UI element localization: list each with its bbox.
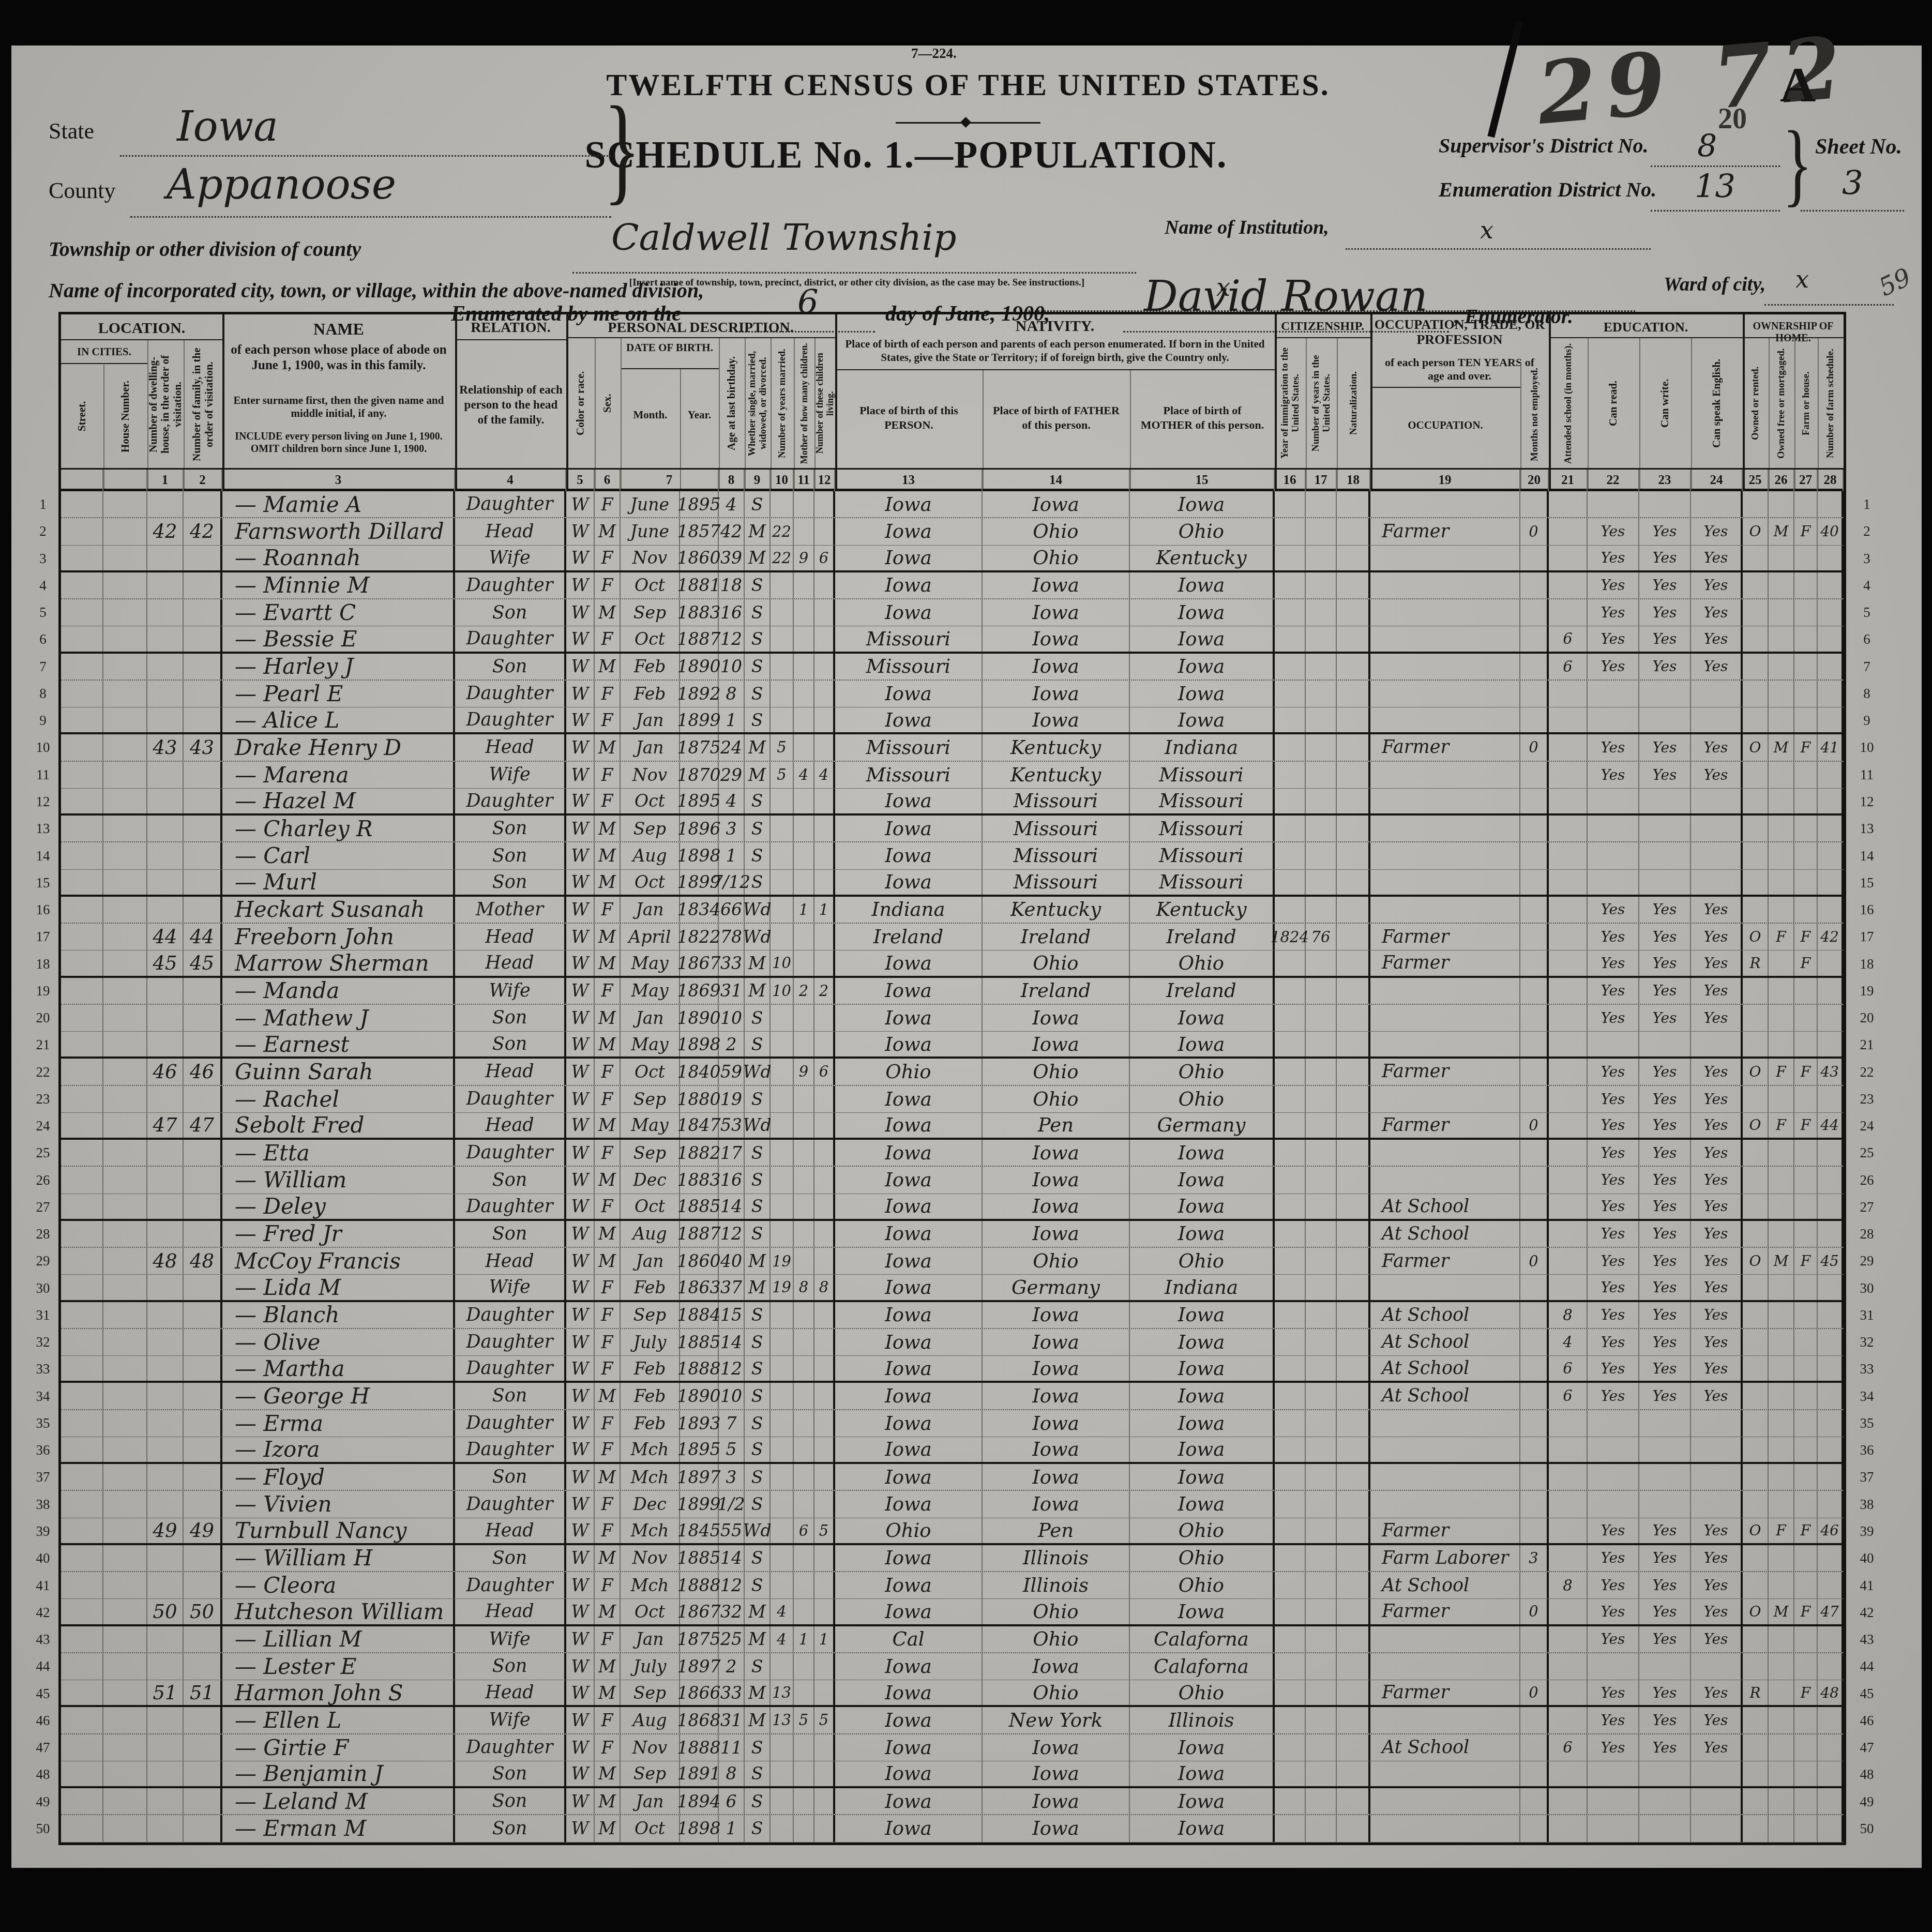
- table-cell: [1370, 789, 1520, 813]
- table-cell: [1794, 1572, 1818, 1598]
- line-number: 30: [30, 1280, 56, 1296]
- table-cell: [1520, 1464, 1549, 1490]
- table-cell: [1769, 491, 1794, 517]
- table-cell: [1743, 1734, 1769, 1761]
- table-cell: [814, 1734, 835, 1761]
- table-cell: Yes: [1691, 734, 1743, 760]
- table-cell: [1306, 1086, 1337, 1112]
- table-cell: [147, 842, 184, 869]
- table-cell: — Girtie F: [222, 1734, 455, 1761]
- table-cell: F: [595, 897, 621, 923]
- table-cell: — Etta: [222, 1140, 455, 1166]
- table-cell: M: [595, 816, 621, 841]
- table-cell: [147, 1491, 184, 1517]
- table-cell: [1520, 707, 1549, 732]
- table-cell: [794, 654, 814, 680]
- table-cell: Yes: [1639, 734, 1691, 760]
- table-cell: [771, 1815, 794, 1842]
- table-cell: — Marena: [222, 762, 455, 788]
- table-cell: F: [1794, 950, 1818, 975]
- line-number: 11: [30, 767, 56, 783]
- table-cell: [794, 1005, 814, 1031]
- table-cell: M: [595, 1464, 621, 1490]
- state-line: [120, 155, 611, 157]
- table-cell: [1337, 1707, 1370, 1733]
- table-cell: [1337, 1599, 1370, 1624]
- table-cell: [1337, 1680, 1370, 1705]
- table-cell: 1887: [680, 1221, 719, 1247]
- table-cell: [1275, 681, 1306, 707]
- table-cell: [1520, 491, 1549, 517]
- table-cell: [1370, 870, 1520, 895]
- table-cell: M: [595, 654, 621, 680]
- table-cell: Iowa: [983, 1761, 1130, 1786]
- table-cell: — William: [222, 1167, 455, 1193]
- table-cell: 49: [184, 1518, 222, 1543]
- table-cell: 4: [719, 789, 745, 813]
- hdr-sep: [1370, 314, 1372, 491]
- table-cell: [1337, 1032, 1370, 1056]
- table-cell: [794, 1113, 814, 1138]
- table-cell: [1306, 1491, 1337, 1517]
- table-cell: [1794, 870, 1818, 895]
- table-cell: [1520, 1410, 1549, 1437]
- table-row: 4848McCoy FrancisHeadWMJan186040M19IowaO…: [61, 1248, 1844, 1275]
- line-number: 47: [1854, 1740, 1880, 1756]
- institution-label: Name of Institution,: [1165, 216, 1329, 239]
- table-cell: [1794, 1464, 1818, 1490]
- table-row: — Ellen LWifeWFAug186831M1355IowaNew Yor…: [61, 1707, 1844, 1734]
- line-number: 39: [30, 1523, 56, 1539]
- column-number: 7: [621, 470, 719, 491]
- table-cell: [1818, 1572, 1844, 1598]
- table-cell: Yes: [1691, 1167, 1743, 1193]
- table-cell: F: [595, 1194, 621, 1219]
- table-cell: [771, 1734, 794, 1761]
- column-number: 11: [794, 470, 814, 491]
- table-cell: Yes: [1639, 1140, 1691, 1166]
- table-cell: Iowa: [1130, 1032, 1275, 1056]
- table-cell: [61, 1680, 103, 1705]
- table-cell: [184, 1626, 222, 1652]
- table-cell: [1275, 842, 1306, 869]
- table-cell: 12: [719, 1356, 745, 1381]
- table-cell: [1818, 897, 1844, 923]
- table-cell: [61, 816, 103, 841]
- table-cell: W: [566, 1410, 595, 1437]
- table-cell: Yes: [1691, 1545, 1743, 1571]
- table-cell: [814, 599, 835, 626]
- table-cell: [1588, 1761, 1639, 1786]
- table-cell: 45: [1818, 1248, 1844, 1274]
- table-cell: Ohio: [1130, 1572, 1275, 1598]
- table-cell: [1306, 1005, 1337, 1031]
- table-cell: Aug: [621, 1707, 680, 1733]
- table-cell: [1370, 1707, 1520, 1733]
- table-cell: [1549, 1815, 1588, 1842]
- table-cell: [1769, 1086, 1794, 1112]
- table-cell: [1769, 1626, 1794, 1652]
- mother-children-col-label: Mother of how many children.: [794, 340, 814, 466]
- table-cell: [1275, 1626, 1306, 1652]
- table-cell: Head: [455, 924, 566, 950]
- section-nativity: NATIVITY.: [835, 318, 1275, 335]
- line-number: 24: [1854, 1118, 1880, 1134]
- table-cell: 6: [719, 1788, 745, 1814]
- table-cell: Wife: [455, 1626, 566, 1652]
- table-cell: Yes: [1588, 626, 1639, 651]
- table-cell: [1639, 870, 1691, 895]
- state-label: State: [49, 118, 94, 144]
- table-cell: [1639, 1464, 1691, 1490]
- hdr-sep: [1275, 314, 1277, 491]
- name-desc2: Enter surname first, then the given name…: [230, 394, 447, 420]
- table-cell: 51: [147, 1680, 184, 1705]
- table-cell: Iowa: [835, 1653, 983, 1680]
- table-cell: [61, 1356, 103, 1381]
- table-cell: [771, 599, 794, 626]
- table-cell: [1818, 1032, 1844, 1056]
- column-number: 17: [1306, 470, 1337, 491]
- table-cell: Yes: [1639, 626, 1691, 651]
- table-cell: [771, 816, 794, 841]
- table-cell: 1895: [680, 1437, 719, 1462]
- line-number: 41: [30, 1578, 56, 1594]
- table-cell: 1890: [680, 1005, 719, 1031]
- table-cell: 1863: [680, 1275, 719, 1300]
- table-cell: 1883: [680, 599, 719, 626]
- table-cell: [1520, 1761, 1549, 1786]
- table-row: — Pearl EDaughterWFFeb18928SIowaIowaIowa: [61, 681, 1844, 707]
- table-cell: Yes: [1691, 1140, 1743, 1166]
- table-cell: M: [595, 518, 621, 545]
- table-cell: 48: [147, 1248, 184, 1274]
- table-cell: [771, 626, 794, 651]
- table-cell: Farmer: [1370, 1518, 1520, 1543]
- table-cell: [1794, 816, 1818, 841]
- table-cell: [1691, 789, 1743, 813]
- table-cell: [1306, 1113, 1337, 1138]
- column-number: 24: [1691, 470, 1743, 491]
- table-cell: [1370, 1626, 1520, 1652]
- table-cell: — Benjamin J: [222, 1761, 455, 1786]
- pob-mother-label: Place of birth of MOTHER of this person.: [1138, 403, 1267, 432]
- table-cell: [1549, 572, 1588, 598]
- table-cell: [1818, 1491, 1844, 1517]
- table-cell: M: [1769, 1599, 1794, 1624]
- line-number: 9: [30, 713, 56, 729]
- table-cell: At School: [1370, 1356, 1520, 1381]
- table-cell: 1822: [680, 924, 719, 950]
- table-cell: Ohio: [983, 546, 1130, 570]
- line-number: 4: [1854, 578, 1880, 594]
- table-cell: [1306, 1653, 1337, 1680]
- table-cell: [771, 870, 794, 895]
- table-cell: [1743, 1815, 1769, 1842]
- table-cell: [61, 1410, 103, 1437]
- table-cell: [771, 1167, 794, 1193]
- table-cell: [1306, 762, 1337, 788]
- table-cell: [1743, 1329, 1769, 1355]
- table-cell: S: [745, 1167, 771, 1193]
- table-cell: Yes: [1639, 1113, 1691, 1138]
- table-cell: [103, 816, 147, 841]
- table-cell: [1275, 1599, 1306, 1624]
- table-cell: [814, 1356, 835, 1381]
- table-cell: M: [595, 734, 621, 760]
- table-cell: Yes: [1691, 1599, 1743, 1624]
- table-cell: Yes: [1691, 1248, 1743, 1274]
- table-cell: [1549, 1545, 1588, 1571]
- line-number: 19: [30, 983, 56, 999]
- table-cell: Ohio: [1130, 1518, 1275, 1543]
- table-cell: 1: [719, 1815, 745, 1842]
- table-cell: [814, 1329, 835, 1355]
- table-cell: 1887: [680, 626, 719, 651]
- table-cell: [1337, 1194, 1370, 1219]
- table-cell: [61, 681, 103, 707]
- table-cell: [1549, 1653, 1588, 1680]
- table-cell: [1818, 1275, 1844, 1300]
- table-cell: [1769, 1464, 1794, 1490]
- table-cell: Oct: [621, 1059, 680, 1084]
- table-cell: 42: [184, 518, 222, 545]
- table-row: — Lida MWifeWFFeb186337M1988IowaGermanyI…: [61, 1275, 1844, 1302]
- table-cell: W: [566, 1275, 595, 1300]
- table-row: — Fred JrSonWMAug188712SIowaIowaIowaAt S…: [61, 1221, 1844, 1248]
- years-married-col-label: Number of years married.: [771, 340, 794, 466]
- table-cell: [1818, 1734, 1844, 1761]
- table-cell: [1818, 1545, 1844, 1571]
- table-cell: [1275, 491, 1306, 517]
- table-cell: [1275, 1761, 1306, 1786]
- state-county-brace: }: [603, 81, 641, 219]
- table-cell: [1275, 1545, 1306, 1571]
- table-cell: Head: [455, 1248, 566, 1274]
- table-cell: [1794, 654, 1818, 680]
- dob-title: DATE OF BIRTH.: [621, 341, 719, 354]
- ward-label: Ward of city,: [1664, 273, 1765, 296]
- table-cell: — Rachel: [222, 1086, 455, 1112]
- table-cell: Yes: [1639, 1275, 1691, 1300]
- table-cell: [1769, 1032, 1794, 1056]
- table-cell: Iowa: [1130, 1815, 1275, 1842]
- table-cell: Daughter: [455, 572, 566, 598]
- county-label: County: [49, 177, 116, 204]
- table-cell: W: [566, 1221, 595, 1247]
- table-cell: [814, 1815, 835, 1842]
- table-row: 4242Farnsworth DillardHeadWMJune185742M2…: [61, 518, 1844, 545]
- line-number: 33: [30, 1361, 56, 1377]
- table-cell: [1275, 897, 1306, 923]
- table-cell: [1769, 1356, 1794, 1381]
- table-cell: [771, 1545, 794, 1571]
- table-cell: [794, 707, 814, 732]
- table-cell: [771, 1086, 794, 1112]
- table-cell: Iowa: [835, 1707, 983, 1733]
- column-number: [103, 470, 147, 491]
- table-cell: [184, 978, 222, 1004]
- table-cell: Daughter: [455, 626, 566, 651]
- table-cell: 33: [719, 950, 745, 975]
- table-cell: 4: [794, 762, 814, 788]
- table-cell: M: [1769, 518, 1794, 545]
- table-cell: [1691, 491, 1743, 517]
- table-cell: Yes: [1588, 1329, 1639, 1355]
- table-cell: [1769, 681, 1794, 707]
- table-cell: [61, 1464, 103, 1490]
- line-number: 31: [1854, 1307, 1880, 1323]
- table-cell: Iowa: [1130, 1464, 1275, 1490]
- table-cell: [103, 1491, 147, 1517]
- table-cell: [1794, 1140, 1818, 1166]
- table-cell: [814, 626, 835, 651]
- imm-year-col-label: Year of immigration to the United States…: [1275, 340, 1306, 466]
- table-cell: 1: [719, 707, 745, 732]
- table-cell: [1306, 1356, 1337, 1381]
- table-cell: [1306, 789, 1337, 813]
- table-cell: Dec: [621, 1167, 680, 1193]
- table-cell: O: [1743, 1518, 1769, 1543]
- table-cell: [1306, 1248, 1337, 1274]
- table-cell: [814, 1788, 835, 1814]
- table-cell: Iowa: [983, 1167, 1130, 1193]
- table-cell: [1337, 1653, 1370, 1680]
- column-number: 6: [595, 470, 621, 491]
- table-cell: O: [1743, 1113, 1769, 1138]
- table-cell: [1306, 1545, 1337, 1571]
- line-number: 9: [1854, 713, 1880, 729]
- table-cell: [1769, 1680, 1794, 1705]
- table-cell: 0: [1520, 518, 1549, 545]
- table-cell: [1588, 1437, 1639, 1462]
- table-cell: [184, 1140, 222, 1166]
- section-education: EDUCATION.: [1549, 320, 1743, 335]
- table-cell: — Alice L: [222, 707, 455, 732]
- table-cell: 33: [719, 1680, 745, 1705]
- table-cell: [1818, 1788, 1844, 1814]
- line-number: 5: [30, 605, 56, 621]
- table-cell: [147, 1356, 184, 1381]
- table-cell: W: [566, 1437, 595, 1462]
- table-cell: — Erma: [222, 1410, 455, 1437]
- table-cell: [1639, 816, 1691, 841]
- table-cell: [184, 1032, 222, 1056]
- table-cell: Nov: [621, 1734, 680, 1761]
- table-cell: — Mamie A: [222, 491, 455, 517]
- table-cell: Iowa: [835, 1572, 983, 1598]
- line-number: 28: [1854, 1226, 1880, 1242]
- table-cell: [1306, 1059, 1337, 1084]
- table-cell: [1520, 1707, 1549, 1733]
- table-cell: Yes: [1639, 518, 1691, 545]
- table-cell: Missouri: [835, 626, 983, 651]
- table-cell: S: [745, 1653, 771, 1680]
- table-cell: [1549, 789, 1588, 813]
- table-cell: [147, 1005, 184, 1031]
- table-cell: [1794, 626, 1818, 651]
- table-cell: [1743, 1194, 1769, 1219]
- table-cell: [1769, 1734, 1794, 1761]
- table-cell: F: [595, 1275, 621, 1300]
- table-cell: [1549, 1275, 1588, 1300]
- table-cell: [794, 842, 814, 869]
- table-cell: Son: [455, 1005, 566, 1031]
- table-cell: [794, 1545, 814, 1571]
- table-cell: [1275, 950, 1306, 975]
- table-cell: Iowa: [1130, 1383, 1275, 1409]
- table-cell: F: [1794, 1599, 1818, 1624]
- table-cell: [814, 1680, 835, 1705]
- table-cell: 44: [184, 924, 222, 950]
- line-number: 7: [30, 659, 56, 675]
- table-cell: [1818, 762, 1844, 788]
- table-cell: 5: [814, 1518, 835, 1543]
- table-cell: 1885: [680, 1545, 719, 1571]
- table-cell: [794, 1140, 814, 1166]
- table-cell: [1639, 681, 1691, 707]
- table-cell: S: [745, 870, 771, 895]
- table-cell: Oct: [621, 1599, 680, 1624]
- table-cell: Sep: [621, 1302, 680, 1328]
- table-cell: Ohio: [983, 1626, 1130, 1652]
- table-cell: 1: [814, 897, 835, 923]
- table-cell: Yes: [1588, 599, 1639, 626]
- table-cell: W: [566, 1734, 595, 1761]
- table-cell: [61, 950, 103, 975]
- table-cell: Son: [455, 1815, 566, 1842]
- table-cell: 1866: [680, 1680, 719, 1705]
- table-cell: [771, 1653, 794, 1680]
- table-cell: [1549, 707, 1588, 732]
- table-cell: [794, 626, 814, 651]
- table-cell: McCoy Francis: [222, 1248, 455, 1274]
- table-cell: [184, 1491, 222, 1517]
- table-cell: [1306, 1383, 1337, 1409]
- table-cell: Head: [455, 734, 566, 760]
- table-row: — Evartt CSonWMSep188316SIowaIowaIowaYes…: [61, 599, 1844, 626]
- table-cell: [1639, 1788, 1691, 1814]
- table-cell: S: [745, 1005, 771, 1031]
- table-cell: 1868: [680, 1707, 719, 1733]
- table-cell: Iowa: [1130, 1221, 1275, 1247]
- column-number: 25: [1743, 470, 1769, 491]
- census-scan-page: 7—224. TWELFTH CENSUS OF THE UNITED STAT…: [0, 0, 1932, 1932]
- line-number: 42: [1854, 1605, 1880, 1621]
- table-cell: [1794, 1545, 1818, 1571]
- table-cell: [1337, 599, 1370, 626]
- table-cell: 8: [794, 1275, 814, 1300]
- table-cell: Jan: [621, 1788, 680, 1814]
- table-cell: [1794, 1221, 1818, 1247]
- table-cell: 3: [719, 816, 745, 841]
- table-cell: Iowa: [835, 1167, 983, 1193]
- table-cell: [1306, 1680, 1337, 1705]
- column-number: 3: [222, 470, 455, 491]
- table-cell: Wife: [455, 1707, 566, 1733]
- table-cell: Iowa: [835, 1356, 983, 1381]
- table-cell: [1275, 1653, 1306, 1680]
- table-cell: M: [1769, 734, 1794, 760]
- table-cell: [184, 1734, 222, 1761]
- table-cell: [61, 897, 103, 923]
- table-cell: Iowa: [1130, 1329, 1275, 1355]
- table-cell: W: [566, 1356, 595, 1381]
- table-cell: Ohio: [983, 1086, 1130, 1112]
- table-cell: [1691, 842, 1743, 869]
- table-cell: [147, 1734, 184, 1761]
- table-cell: [1520, 789, 1549, 813]
